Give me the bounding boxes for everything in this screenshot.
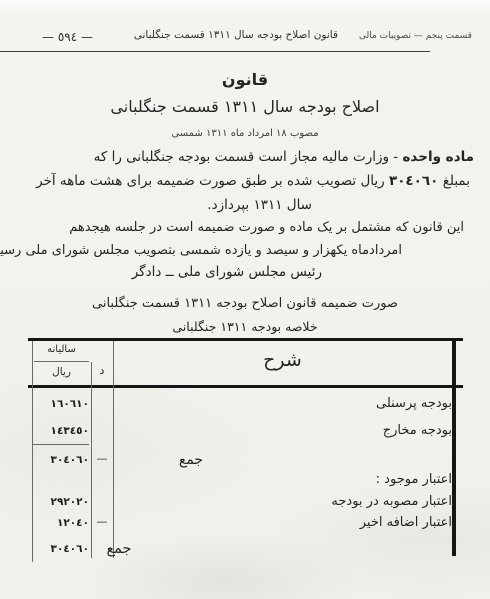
ratification-line-1: این قانون که مشتمل بر یک ماده و صورت ضمی… (69, 220, 464, 235)
table-row-amount: ٢٩٢٠٢٠ (30, 496, 89, 508)
table-row-amount: ١٤٣٤٥٠ (30, 425, 89, 437)
law-subtitle: اصلاح بودجه سال ١٣١١ قسمت جنگلبانی (0, 97, 490, 116)
table-row-desc: اعتبار مصوبه در بودجه (113, 494, 490, 509)
table-row-amount: ١٦٠٦١٠ (30, 398, 89, 410)
table-row-desc: اعتبار موجود : (113, 472, 490, 487)
table-row-desc: اعتبار اضافه اخیر (113, 515, 490, 530)
header-rule (0, 51, 430, 52)
column-header-rial: ریال (32, 366, 91, 378)
speaker-signature: رئیس مجلس شورای ملی ــ دادگر (132, 264, 322, 280)
article-amount: ٣٠٤٠٦٠ (389, 173, 438, 189)
running-header-book-title: قانون اصلاح بودجه سال ١٣١١ قسمت جنگلبانی (148, 29, 338, 41)
annual-subheader-divider (34, 361, 89, 362)
law-title: قانون (0, 70, 490, 89)
table-top-border (28, 338, 463, 341)
column-header-description: شرح (113, 349, 452, 371)
scanned-document-page: قسمت پنجم — تصویبات مالی قانون اصلاح بود… (0, 0, 490, 599)
ratification-line-2: امردادماه یکهزار و سیصد و یازده شمسی بتص… (0, 243, 402, 258)
sum-rule-upper (33, 444, 89, 445)
table-header-divider (28, 385, 463, 388)
attachment-title: صورت ضمیمه قانون اصلاح بودجه ١٣١١ قسمت ج… (0, 296, 490, 311)
table-row-desc: بودجه پرسنلی (113, 396, 480, 411)
article-line-3: سال ١٣١١ بپردازد. (207, 197, 312, 213)
article-line-2: بمبلغ ٣٠٤٠٦٠ ریال تصویب شده بر طبق صورت … (36, 173, 470, 189)
page-number: — ٥٩٤ — (42, 30, 93, 44)
dinar-dash-mark: — (91, 515, 113, 528)
total-row-label: جمع (152, 452, 230, 468)
law-approval-date: مصوب ١٨ امرداد ماه ١٣١١ شمسی (0, 128, 490, 139)
running-header-section: قسمت پنجم — تصویبات مالی (359, 31, 472, 41)
column-header-annual: سالیانه (32, 344, 91, 355)
table-row-amount: ١٢٠٤٠ (30, 517, 89, 529)
article-lead: ماده واحده (402, 149, 474, 165)
article-line-2-text: ریال تصویب شده بر طبق صورت ضمیمه برای هش… (36, 173, 389, 189)
dinar-dash-mark: — (91, 452, 113, 465)
table-row-desc: بودجه مخارج (113, 423, 480, 438)
total-row-amount: ٣٠٤٠٦٠ (30, 543, 89, 555)
article-line-1: ماده واحده - وزارت مالیه مجاز است قسمت ب… (94, 149, 474, 165)
total-row-label: جمع (89, 541, 149, 557)
article-line-1-text: - وزارت مالیه مجاز است قسمت بودجه جنگلبا… (94, 149, 403, 165)
column-header-dinar: د (91, 364, 113, 377)
article-line-2-pre: بمبلغ (438, 173, 470, 189)
attachment-subtitle: خلاصه بودجه ١٣١١ جنگلبانی (0, 319, 490, 334)
total-row-amount: ٣٠٤٠٦٠ (30, 454, 89, 466)
